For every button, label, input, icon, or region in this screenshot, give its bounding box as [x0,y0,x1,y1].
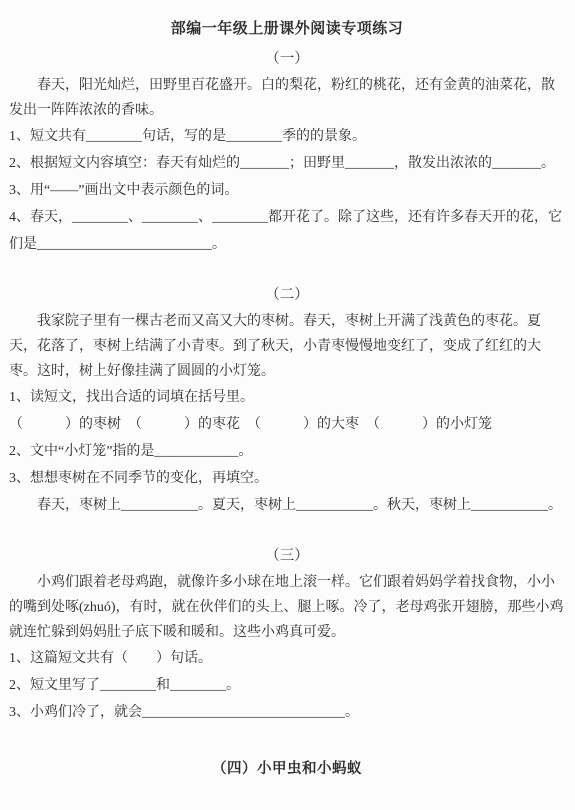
section-3-question-3: 3、小鸡们冷了，就会_____________________________。 [9,699,565,726]
section-1-passage: 春天，阳光灿烂，田野里百花盛开。白的梨花，粉红的桃花，还有金黄的油菜花，散发出一… [9,73,565,123]
section-2-question-3: 3、想想枣树在不同季节的变化，再填空。 [9,465,565,492]
page-title: 部编一年级上册课外阅读专项练习 [9,18,565,40]
section-2: （二） 我家院子里有一棵古老而又高又大的枣树。春天，枣树上开满了浅黄色的枣花。夏… [9,282,565,519]
section-1: （一） 春天，阳光灿烂，田野里百花盛开。白的梨花，粉红的桃花，还有金黄的油菜花，… [9,46,565,258]
worksheet-page: 部编一年级上册课外阅读专项练习 （一） 春天，阳光灿烂，田野里百花盛开。白的梨花… [0,0,575,810]
section-1-question-2: 2、根据短文内容填空：春天有灿烂的_______；田野里_______，散发出浓… [9,150,565,177]
section-1-question-3: 3、用“——”画出文中表示颜色的词。 [9,177,565,204]
section-1-heading: （一） [9,46,565,73]
section-1-question-1: 1、短文共有________句话，写的是________季的的景象。 [9,123,565,150]
section-2-question-3-fill-line: 春天，枣树上___________。夏天，枣树上___________。秋天，枣… [9,492,565,519]
section-2-question-2: 2、文中“小灯笼”指的是____________。 [9,438,565,465]
section-3-passage: 小鸡们跟着老母鸡跑，就像许多小球在地上滚一样。它们跟着妈妈学着找食物，小小的嘴到… [9,570,565,645]
section-2-word-fill-line: （ ）的枣树 （ ）的枣花 （ ）的大枣 （ ）的小灯笼 [9,411,565,438]
section-3-question-2: 2、短文里写了________和________。 [9,672,565,699]
section-2-passage: 我家院子里有一棵古老而又高又大的枣树。春天，枣树上开满了浅黄色的枣花。夏天，花落… [9,309,565,384]
section-2-heading: （二） [9,282,565,309]
section-3: （三） 小鸡们跟着老母鸡跑，就像许多小球在地上滚一样。它们跟着妈妈学着找食物，小… [9,543,565,726]
section-3-heading: （三） [9,543,565,570]
section-3-question-1: 1、这篇短文共有（ ）句话。 [9,645,565,672]
section-1-question-4: 4、春天，________、________、________都开花了。除了这些… [9,204,565,258]
section-4: （四）小甲虫和小蚂蚁 [9,756,565,783]
section-2-question-1: 1、读短文，找出合适的词填在括号里。 [9,384,565,411]
section-4-heading: （四）小甲虫和小蚂蚁 [9,756,565,783]
